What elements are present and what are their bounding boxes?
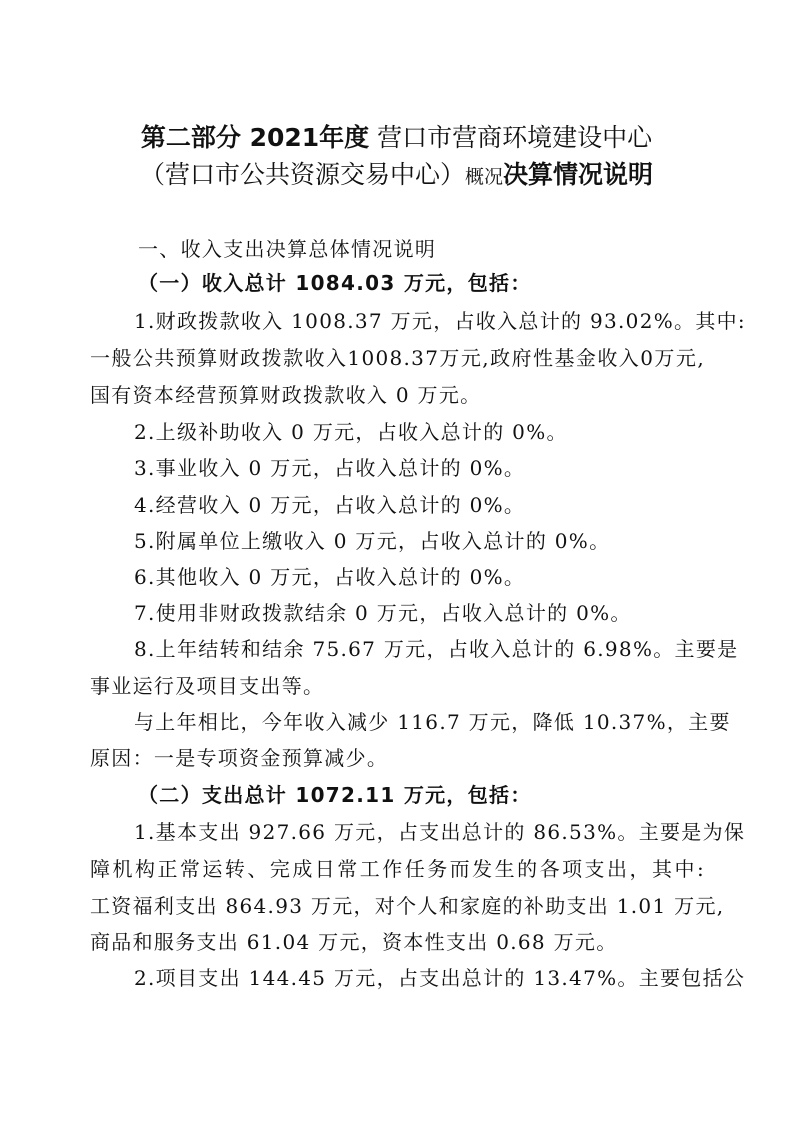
title-overview: 概况 [465,166,503,188]
title-part-label: 第二部分 2021年度 [141,123,369,152]
income-item-5: 5.附属单位上缴收入 0 万元，占收入总计的 0%。 [134,525,754,554]
income-item-1-line-1: 1.财政拨款收入 1008.37 万元，占收入总计的 93.02%。其中: [134,305,709,334]
title-explanation: 决算情况说明 [503,160,653,189]
expense-item-1-line-3: 工资福利支出 864.93 万元，对个人和家庭的补助支出 1.01 万元, [90,890,705,919]
income-item-2: 2.上级补助收入 0 万元，占收入总计的 0%。 [134,416,754,445]
reason-label: 原因： [90,746,154,770]
income-item-1-line-2: 一般公共预算财政拨款收入1008.37万元,政府性基金收入0万元, [90,342,705,371]
expense-item-1-line-2: 障机构正常运转、完成日常工作任务而发生的各项支出，其中: [90,853,705,882]
expense-heading: （二）支出总计 1072.11 万元，包括： [138,779,758,808]
title-line-1: 第二部分 2021年度 营口市营商环境建设中心 [0,118,793,154]
income-item-8-line-1: 8.上年结转和结余 75.67 万元，占收入总计的 6.98%。主要是 [134,633,709,662]
expense-item-2-line-1: 2.项目支出 144.45 万元，占支出总计的 13.47%。主要包括公 [134,962,709,991]
title-org-alias: （营口市公共资源交易中心） [140,160,465,189]
income-item-6: 6.其他收入 0 万元，占收入总计的 0%。 [134,561,754,590]
income-comparison-line-2: 原因：一是专项资金预算减少。 [90,742,710,771]
expense-item-1-line-4: 商品和服务支出 61.04 万元，资本性支出 0.68 万元。 [90,926,710,955]
income-heading: （一）收入总计 1084.03 万元，包括： [138,267,758,296]
income-item-1-line-3: 国有资本经营预算财政拨款收入 0 万元。 [90,379,710,408]
income-comparison-line-1: 与上年相比，今年收入减少 116.7 万元，降低 10.37%，主要 [134,706,709,735]
expense-item-1-line-1: 1.基本支出 927.66 万元，占支出总计的 86.53%。主要是为保 [134,816,709,845]
income-item-4: 4.经营收入 0 万元，占收入总计的 0%。 [134,489,754,518]
reason-text: 一是专项资金预算减少。 [154,746,388,770]
title-org-name: 营口市营商环境建设中心 [369,123,652,152]
title-line-2: （营口市公共资源交易中心）概况决算情况说明 [0,155,793,191]
income-item-3: 3.事业收入 0 万元，占收入总计的 0%。 [134,452,754,481]
section-heading: 一、收入支出决算总体情况说明 [138,233,758,262]
income-item-7: 7.使用非财政拨款结余 0 万元，占收入总计的 0%。 [134,597,754,626]
income-item-8-line-2: 事业运行及项目支出等。 [90,670,710,699]
